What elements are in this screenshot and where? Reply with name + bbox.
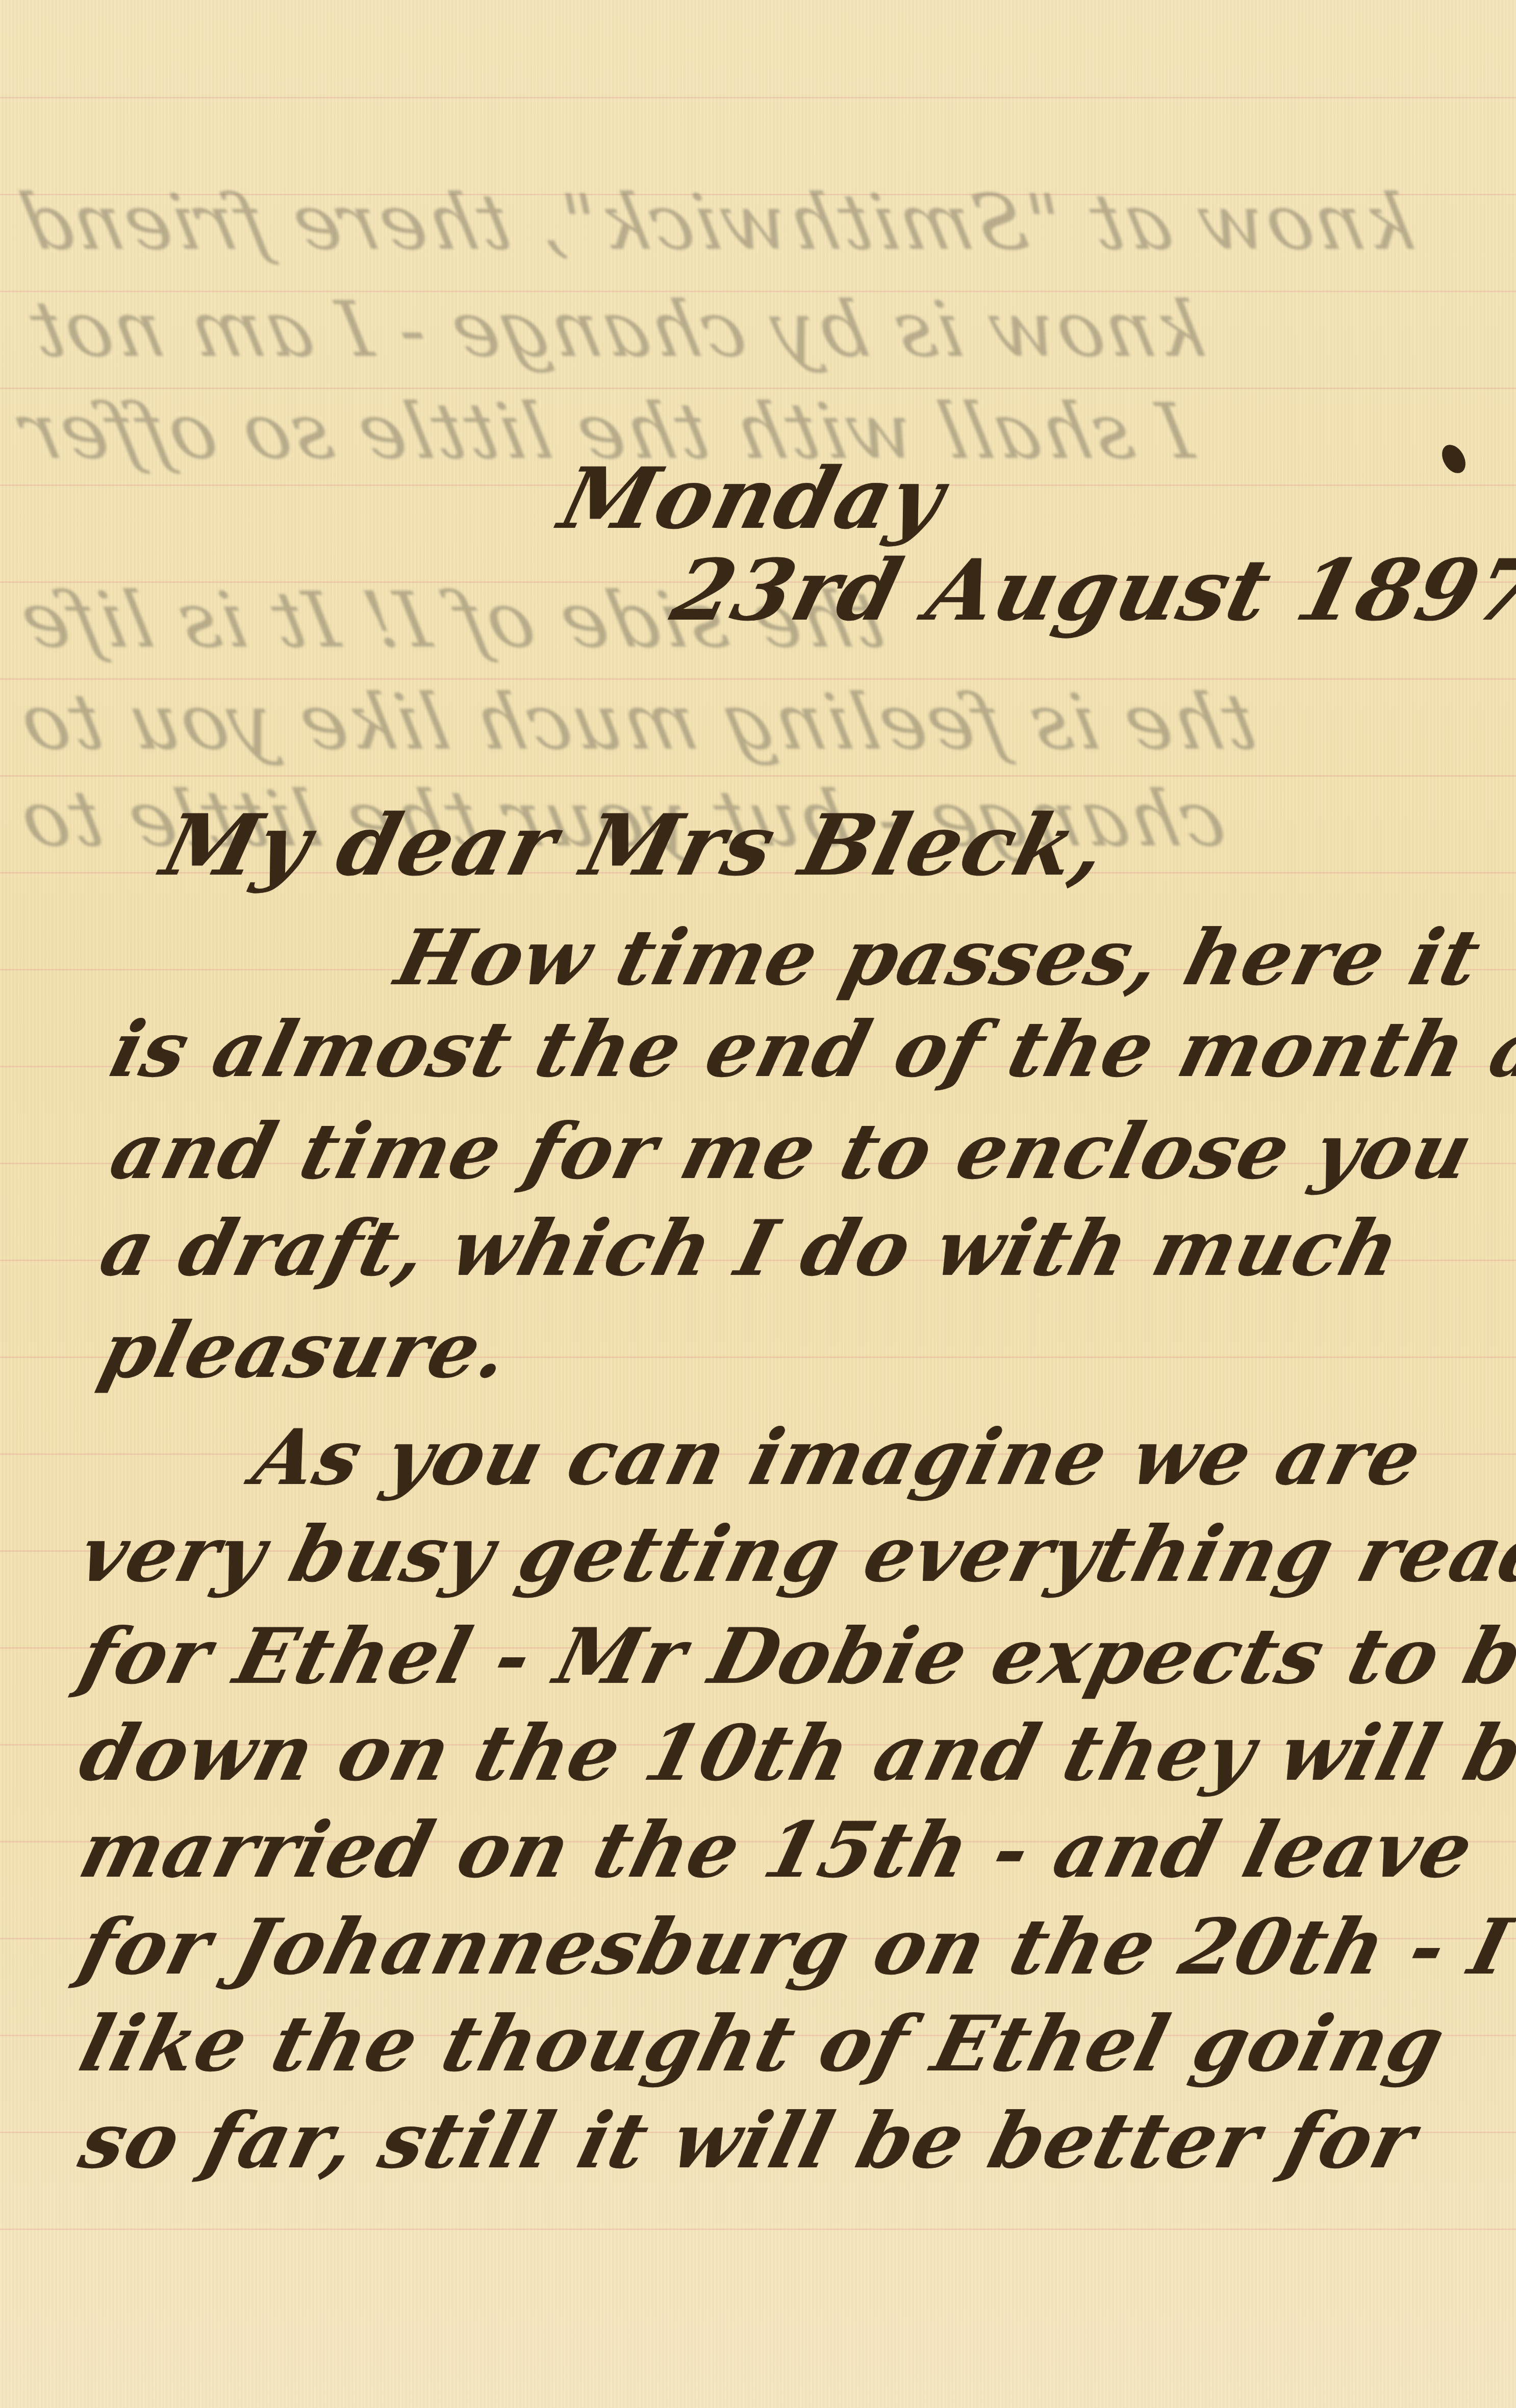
bleed-through-line: know is by change - I am not bbox=[21, 286, 1212, 374]
body-line: so far, still it will be better for bbox=[71, 2096, 1425, 2186]
body-line: is almost the end of the month again bbox=[102, 1005, 1516, 1094]
bleed-through-line: know at "Smithwick", there friend bbox=[11, 178, 1422, 267]
body-line: very busy getting everything ready bbox=[71, 1509, 1516, 1599]
body-line: pleasure. bbox=[92, 1305, 519, 1395]
letter-date: 23rd August 1897 bbox=[663, 541, 1516, 639]
letter-day: Monday bbox=[551, 449, 954, 548]
body-line: married on the 15th - and leave bbox=[71, 1805, 1482, 1895]
ruled-line bbox=[0, 2228, 1516, 2230]
body-line: and time for me to enclose you bbox=[102, 1107, 1482, 1196]
body-line: for Johannesburg on the 20th - I don't bbox=[71, 1902, 1516, 1992]
salutation: My dear Mrs Bleck, bbox=[153, 796, 1118, 894]
body-line: down on the 10th and they will be bbox=[71, 1708, 1516, 1798]
body-line: like the thought of Ethel going bbox=[71, 1999, 1454, 2089]
body-line: How time passes, here it bbox=[388, 913, 1489, 1003]
ruled-line bbox=[0, 97, 1516, 98]
body-line: a draft, which I do with much bbox=[92, 1203, 1409, 1293]
bleed-through-line: the is feeling much like you to bbox=[11, 678, 1265, 767]
body-line: As you can imagine we are bbox=[245, 1413, 1431, 1502]
body-line: for Ethel - Mr Dobie expects to be bbox=[71, 1611, 1516, 1701]
